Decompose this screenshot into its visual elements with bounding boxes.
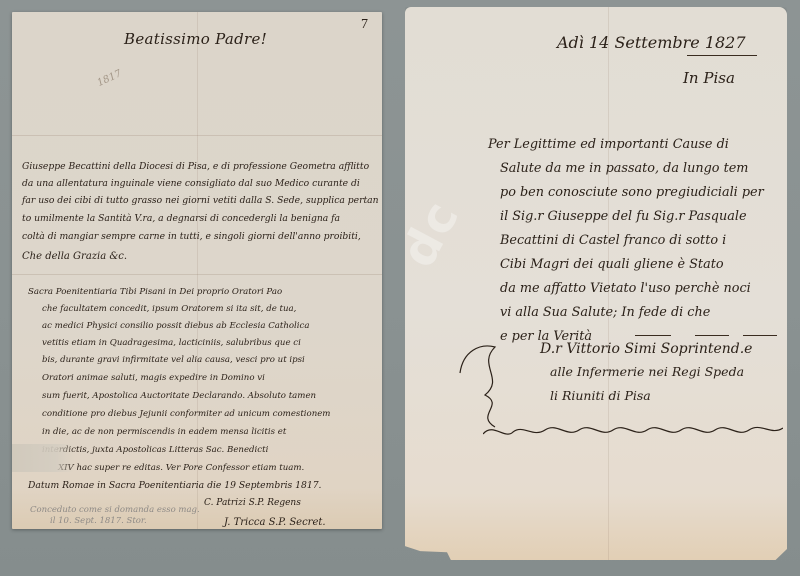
text-line: Datum Romae in Sacra Poenitentiaria die … — [28, 481, 321, 490]
text-line: che facultatem concedit, ipsum Oratorem … — [42, 305, 296, 314]
underline-flourish — [483, 418, 783, 440]
text-line: XIV hac super re editas. Ver Pore Confes… — [58, 464, 304, 473]
text-line: to umilmente la Santità V.ra, a degnarsi… — [22, 214, 340, 223]
text-line: interdictis, juxta Apostolicas Litteras … — [42, 446, 268, 455]
text-line: ac medici Physici consilio possit diebus… — [42, 322, 310, 331]
closing-dash — [635, 335, 671, 336]
text-line: po ben conosciute sono pregiudiciali per — [500, 187, 764, 200]
text-line: vi alla Sua Salute; In fede di che — [500, 307, 710, 320]
text-line: conditione pro diebus Jejunii conformite… — [42, 410, 330, 419]
text-line: vetitis etiam in Quadragesima, lacticini… — [42, 339, 301, 348]
regent-signature: C. Patrizi S.P. Regens — [204, 499, 301, 508]
text-line: far uso dei cibi di tutto grasso nei gio… — [22, 196, 379, 205]
closing-dash — [743, 335, 777, 336]
text-line: coltà di mangiar sempre carne in tutti, … — [22, 232, 361, 241]
text-line: Che della Grazia &c. — [22, 252, 127, 262]
text-line: da me affatto Vietato l'uso perchè noci — [500, 283, 751, 296]
text-line: sum fuerit, Apostolica Auctoritate Decla… — [42, 392, 316, 401]
text-line: Sacra Poenitentiaria Tibi Pisani in Dei … — [28, 288, 282, 297]
text-line: bis, durante gravi infirmitate vel alia … — [42, 356, 305, 365]
faint-pencil-mark: 1817 — [96, 69, 123, 89]
pencil-note: Conceduto come si domanda esso mag. — [30, 506, 200, 515]
text-line: da una allentatura inguinale viene consi… — [22, 179, 360, 188]
text-line: Cibi Magri dei quali gliene è Stato — [500, 259, 724, 272]
right-manuscript-letter: Adì 14 Settembre 1827 In Pisa Per Legitt… — [405, 7, 787, 560]
signature-line: D.r Vittorio Simi Soprintend.e — [540, 342, 752, 356]
text-line: Giuseppe Becattini della Diocesi di Pisa… — [22, 162, 369, 171]
signature-line: li Riuniti di Pisa — [550, 390, 651, 403]
text-line: il Sig.r Giuseppe del fu Sig.r Pasquale — [500, 211, 747, 224]
place-line: In Pisa — [683, 71, 735, 86]
salutation: Beatissimo Padre! — [124, 32, 267, 47]
mounting-tape — [12, 444, 74, 472]
signature-line: alle Infermerie nei Regi Speda — [550, 366, 744, 379]
date-underline — [687, 55, 757, 56]
text-line: Salute da me in passato, da lungo tem — [500, 163, 748, 176]
date-line: Adì 14 Settembre 1827 — [557, 35, 746, 51]
text-line: Per Legittime ed importanti Cause di — [488, 139, 729, 152]
text-line: Becattini di Castel franco di sotto i — [500, 235, 726, 248]
text-line: Oratori animae saluti, magis expedire in… — [42, 374, 265, 383]
page-number: 7 — [361, 18, 368, 32]
pencil-note: il 10. Sept. 1817. Stor. — [50, 517, 147, 526]
closing-dash — [695, 335, 729, 336]
secretary-signature: J. Tricca S.P. Secret. — [224, 518, 326, 528]
left-manuscript-letter: 7 Beatissimo Padre! 1817 Giuseppe Becatt… — [12, 12, 382, 529]
text-line: in die, ac de non permiscendis in eadem … — [42, 428, 286, 437]
